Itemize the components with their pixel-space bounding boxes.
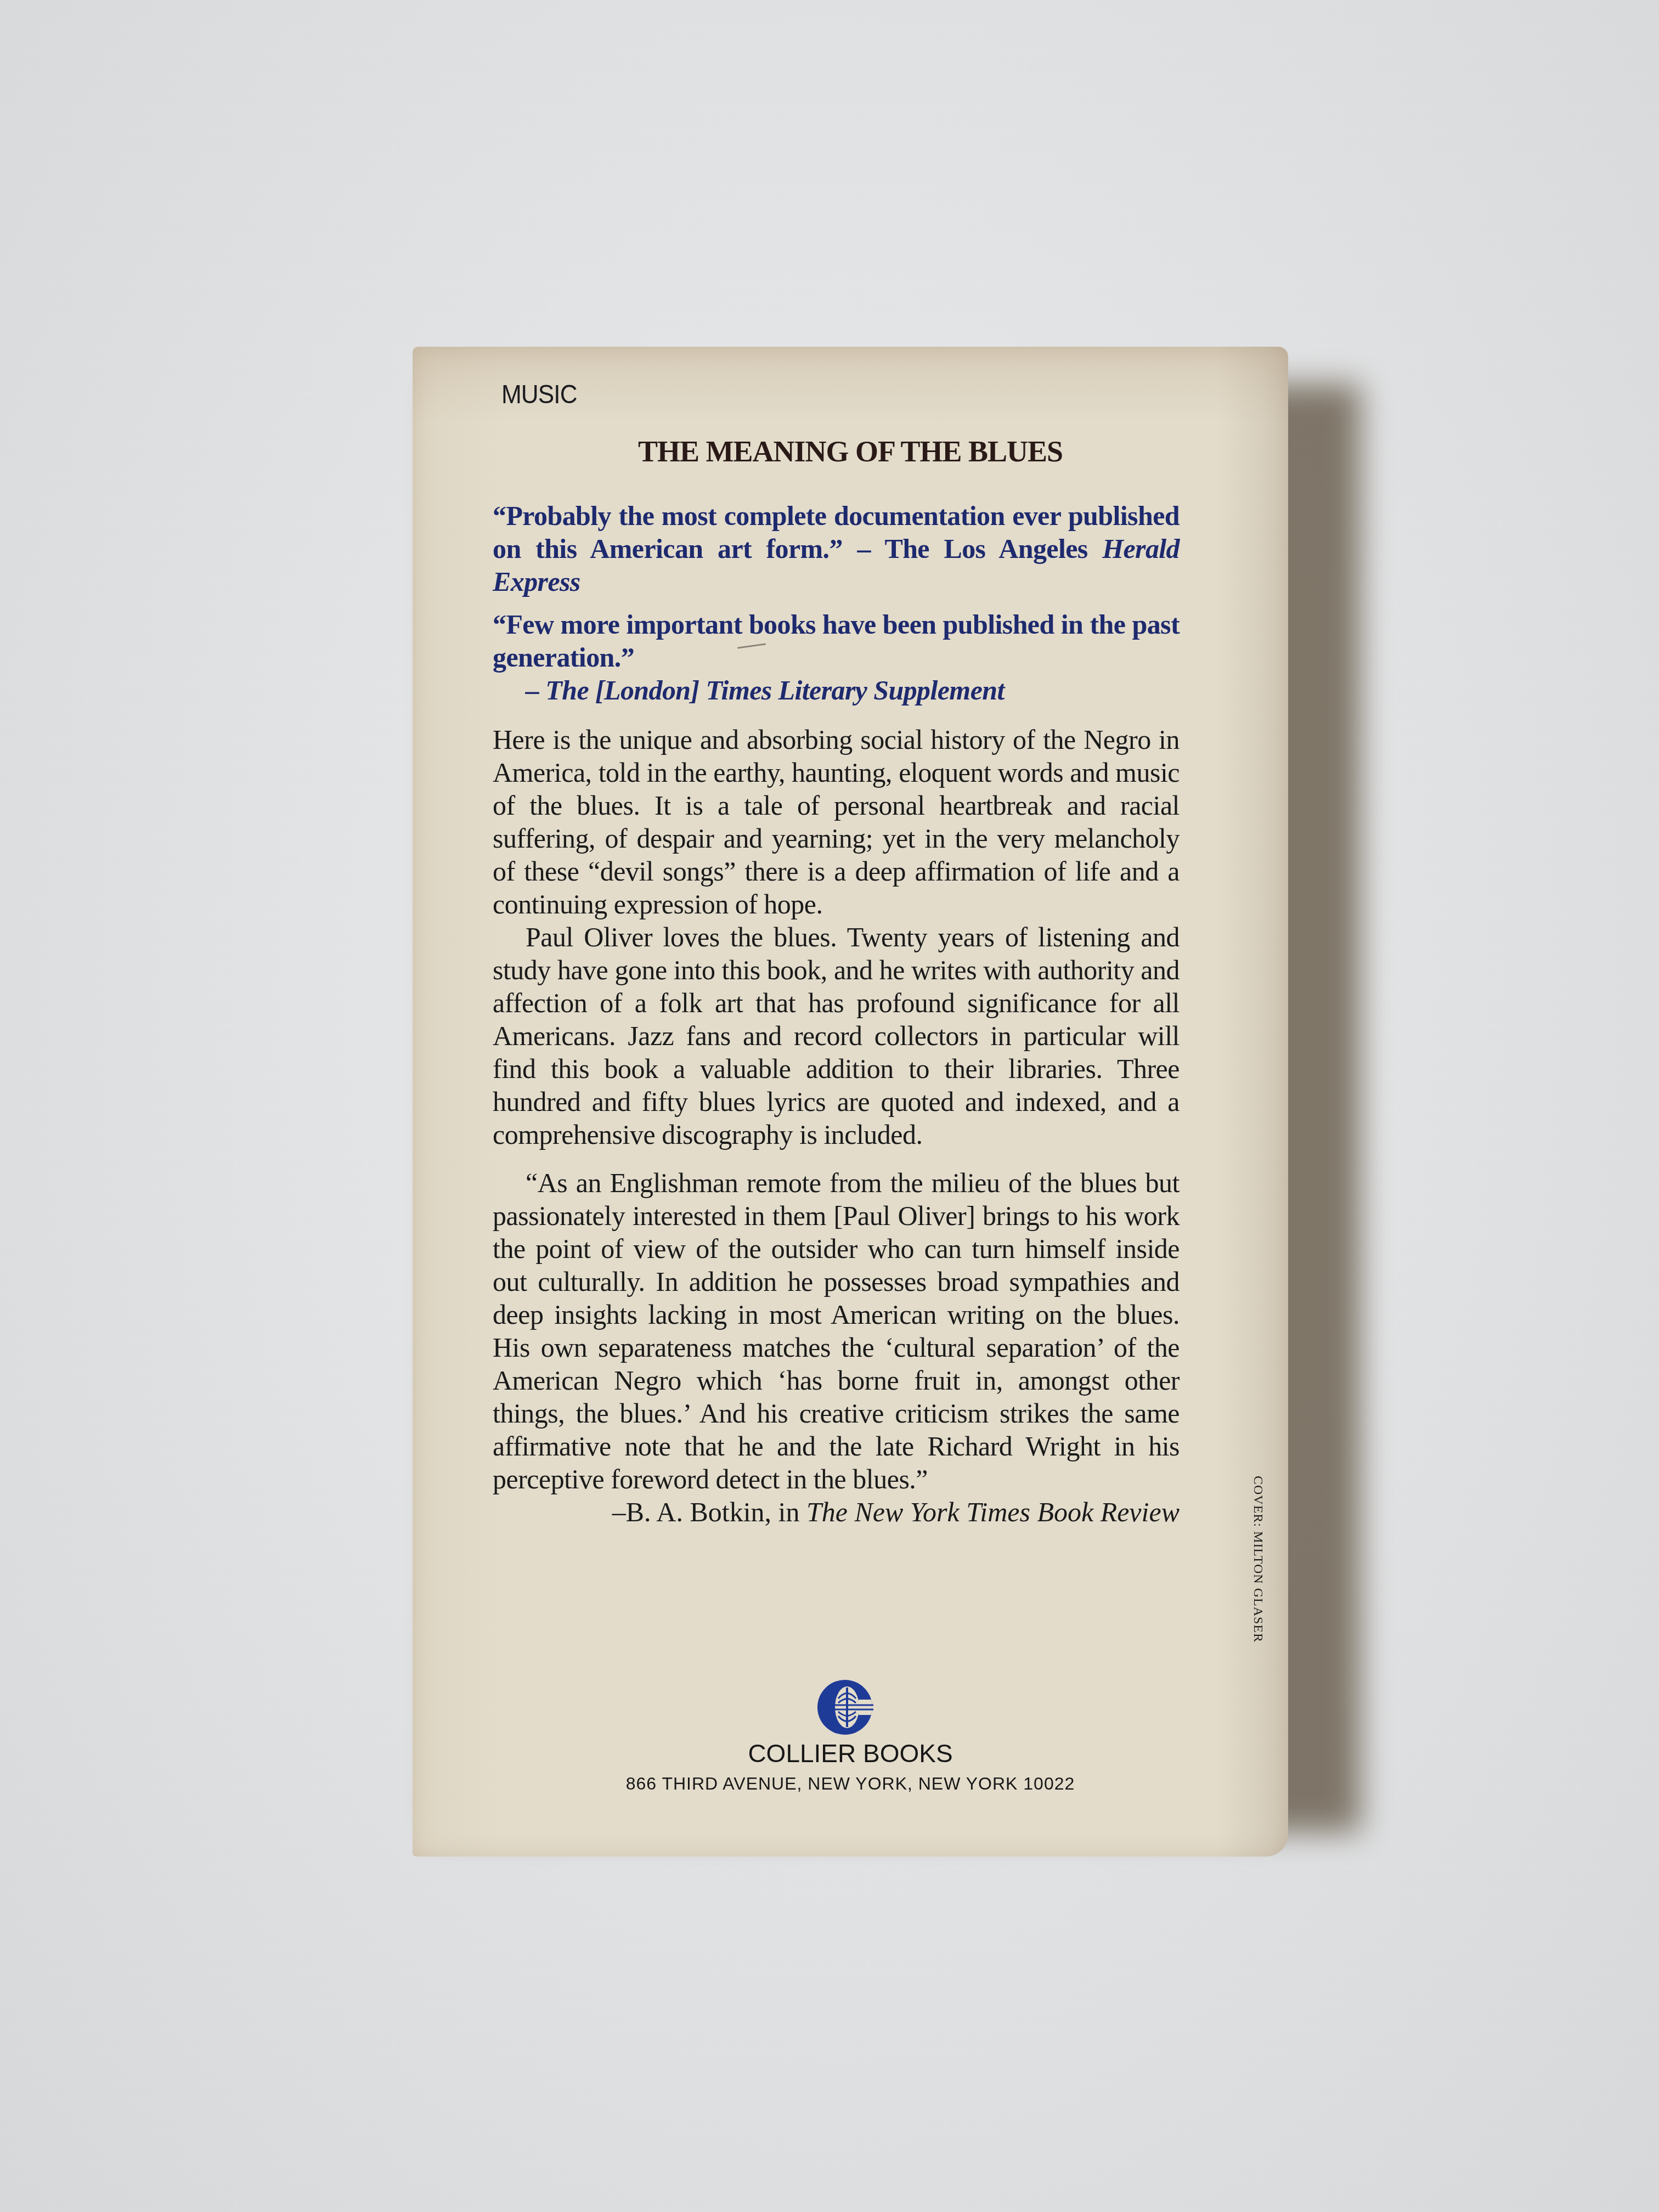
press-blurb-1: “Probably the most complete documentatio… — [493, 499, 1180, 598]
cover-credit: COVER: MILTON GLASER — [1241, 1444, 1274, 1674]
publisher-name: COLLIER BOOKS — [413, 1739, 1288, 1768]
blurb-source: – The [London] Times Literary Supplement — [493, 674, 1180, 707]
review-publication: The New York Times Book Review — [806, 1497, 1180, 1527]
description-paragraph: Paul Oliver loves the blues. Twenty year… — [493, 921, 1180, 1151]
category-label: MUSIC — [501, 380, 577, 410]
collier-logo-icon — [812, 1680, 889, 1735]
press-blurb-2: “Few more important books have been publ… — [493, 608, 1180, 707]
cover-credit-text: COVER: MILTON GLASER — [1250, 1476, 1265, 1643]
reviewer: –B. A. Botkin, in — [612, 1497, 806, 1527]
cover-text-block: “Probably the most complete documentatio… — [493, 499, 1180, 1528]
description-paragraph: Here is the unique and absorbing social … — [493, 723, 1180, 921]
review-attribution: –B. A. Botkin, in The New York Times Boo… — [493, 1496, 1180, 1528]
book-back-cover: MUSIC THE MEANING OF THE BLUES “Probably… — [413, 347, 1288, 1857]
publisher-block: COLLIER BOOKS 866 THIRD AVENUE, NEW YORK… — [413, 1680, 1288, 1794]
review-quote: “As an Englishman remote from the milieu… — [493, 1166, 1180, 1496]
blurb-quote: “Probably the most complete documentatio… — [493, 500, 1180, 564]
publisher-address: 866 THIRD AVENUE, NEW YORK, NEW YORK 100… — [413, 1774, 1288, 1794]
book-title: THE MEANING OF THE BLUES — [413, 435, 1288, 469]
blurb-quote: “Few more important books have been publ… — [493, 608, 1180, 674]
